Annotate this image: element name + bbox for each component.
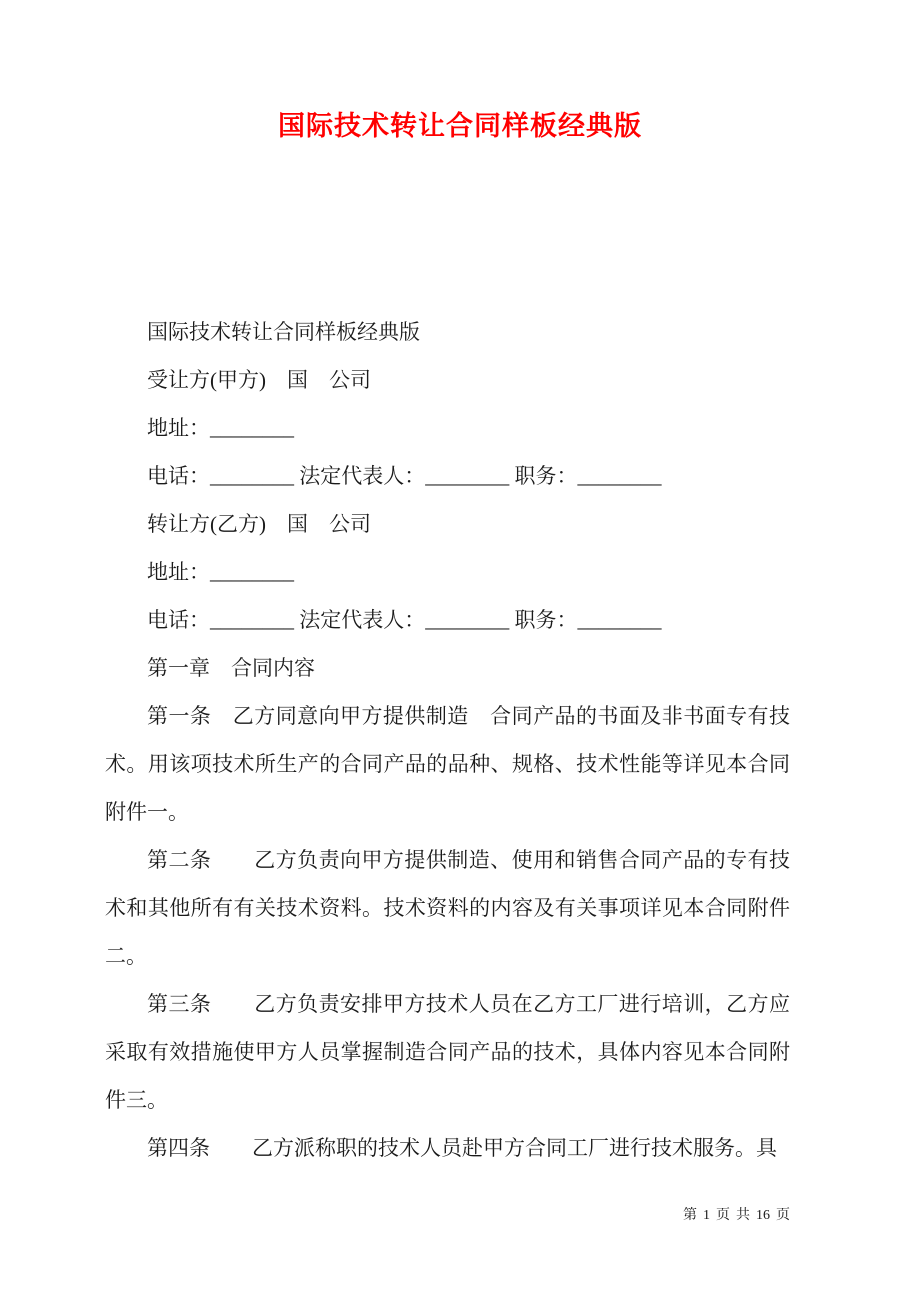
document-title: 国际技术转让合同样板经典版 bbox=[0, 0, 920, 144]
party-a-address-line: 地址：________ bbox=[105, 404, 790, 452]
party-b-address-line: 地址：________ bbox=[105, 548, 790, 596]
party-a-line: 受让方(甲方) 国 公司 bbox=[105, 356, 790, 404]
footer-total-label: 共 bbox=[736, 1206, 750, 1226]
document-page: 国际技术转让合同样板经典版 国际技术转让合同样板经典版 受让方(甲方) 国 公司… bbox=[0, 0, 920, 1302]
chapter-1-heading: 第一章 合同内容 bbox=[105, 644, 790, 692]
party-b-line: 转让方(乙方) 国 公司 bbox=[105, 500, 790, 548]
footer-total-pages: 16 bbox=[756, 1206, 770, 1226]
document-body: 国际技术转让合同样板经典版 受让方(甲方) 国 公司 地址：________ 电… bbox=[0, 308, 920, 1172]
article-1-paragraph: 第一条 乙方同意向甲方提供制造 合同产品的书面及非书面专有技术。用该项技术所生产… bbox=[105, 692, 790, 836]
footer-page-label: 页 bbox=[716, 1206, 730, 1226]
article-3-paragraph: 第三条 乙方负责安排甲方技术人员在乙方工厂进行培训，乙方应采取有效措施使甲方人员… bbox=[105, 980, 790, 1124]
footer-page-prefix: 第 bbox=[683, 1206, 697, 1226]
article-2-paragraph: 第二条 乙方负责向甲方提供制造、使用和销售合同产品的专有技术和其他所有有关技术资… bbox=[105, 836, 790, 980]
party-b-contact-line: 电话：________ 法定代表人：________ 职务：________ bbox=[105, 596, 790, 644]
doc-heading-line: 国际技术转让合同样板经典版 bbox=[105, 308, 790, 356]
party-a-contact-line: 电话：________ 法定代表人：________ 职务：________ bbox=[105, 452, 790, 500]
page-footer: 第 1 页 共 16 页 bbox=[683, 1206, 790, 1226]
footer-total-page-label: 页 bbox=[776, 1206, 790, 1226]
article-4-paragraph: 第四条 乙方派称职的技术人员赴甲方合同工厂进行技术服务。具 bbox=[105, 1124, 790, 1172]
footer-current-page: 1 bbox=[703, 1206, 710, 1226]
